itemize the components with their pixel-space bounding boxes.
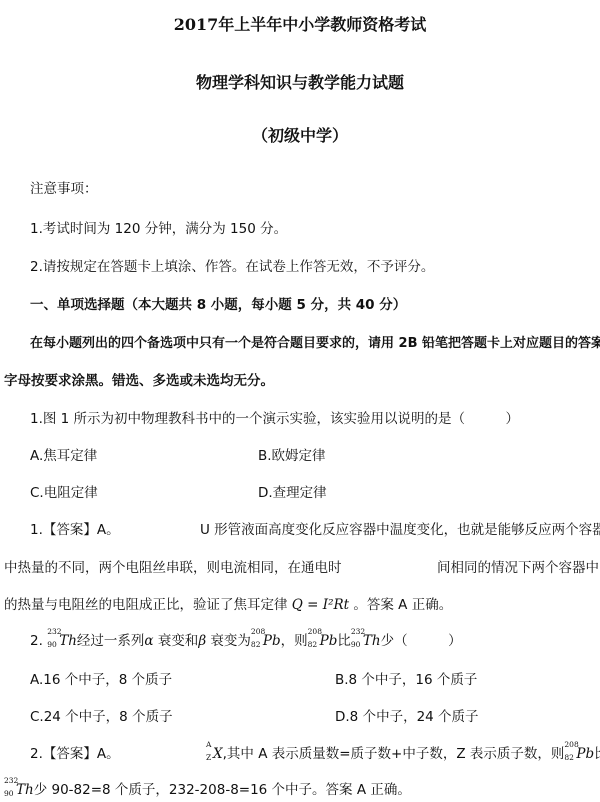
q1-stem: 1.图 1 所示为初中物理教科书中的一个演示实验，该实验用以说明的是（ ） [30, 410, 519, 428]
q2-option-d: D.8 个中子，24 个质子 [335, 708, 479, 726]
q2-number: 2. [30, 633, 43, 649]
q2-option-c: C.24 个中子，8 个质子 [30, 708, 173, 726]
nuclide-pb208: 20882Pb [564, 745, 594, 763]
q2-answer-line2: 23290Th少 90-82=8 个质子，232-208-8=16 个中子。答案… [4, 781, 411, 799]
exam-title: 2017年上半年中小学教师资格考试 [0, 16, 600, 34]
alpha-symbol: α [144, 633, 153, 649]
q1-answer-line3-text: 的热量与电阻丝的电阻成正比，验证了焦耳定律 [4, 597, 288, 613]
section-instruction-line1: 在每小题列出的四个备选项中只有一个是符合题目要求的，请用 2B 铅笔把答题卡上对… [30, 335, 600, 353]
nuclide-general-x: AZX [206, 745, 223, 763]
nuclide-pb208: 20882Pb [251, 632, 281, 650]
nuclide-pb208: 20882Pb [308, 632, 338, 650]
nuclide-th232: 23290Th [47, 632, 77, 650]
notice-item-1: 1.考试时间为 120 分钟，满分为 150 分。 [30, 220, 287, 238]
beta-symbol: β [198, 633, 206, 649]
q1-answer-line2-left: 中热量的不同，两个电阻丝串联，则电流相同，在通电时 [4, 559, 342, 577]
q2-stem: 2. 23290Th经过一系列α 衰变和β 衰变为20882Pb，则20882P… [30, 632, 462, 650]
exam-level: （初级中学） [0, 127, 600, 145]
nuclide-th232: 23290Th [4, 781, 34, 799]
q1-answer-line1: U 形管液面高度变化反应容器中温度变化，也就是能够反应两个容器 [200, 521, 600, 539]
q1-answer-line2-right: 间相同的情况下两个容器中 [437, 559, 599, 577]
q1-option-a: A.焦耳定律 [30, 447, 97, 465]
section-heading: 一、单项选择题（本大题共 8 小题，每小题 5 分，共 40 分） [30, 296, 406, 314]
q2-answer-line1: AZX,其中 A 表示质量数=质子数+中子数，Z 表示质子数，则20882Pb比 [206, 745, 600, 763]
q1-answer-line3-end: 。答案 A 正确。 [353, 597, 452, 613]
notice-item-2: 2.请按规定在答题卡上填涂、作答。在试卷上作答无效，不予评分。 [30, 258, 434, 276]
q2-option-b: B.8 个中子，16 个质子 [335, 671, 477, 689]
q1-option-b: B.欧姆定律 [258, 447, 326, 465]
q1-answer-label: 1.【答案】A。 [30, 521, 120, 539]
section-instruction-line2: 字母按要求涂黑。错选、多选或未选均无分。 [4, 372, 274, 390]
q2-answer-label: 2.【答案】A。 [30, 745, 120, 763]
q1-option-c: C.电阻定律 [30, 484, 98, 502]
nuclide-th232: 23290Th [351, 632, 381, 650]
q1-answer-line3: 的热量与电阻丝的电阻成正比，验证了焦耳定律 Q = I²Rt 。答案 A 正确。 [4, 596, 452, 614]
notice-heading: 注意事项： [30, 180, 98, 198]
q2-option-a: A.16 个中子，8 个质子 [30, 671, 172, 689]
exam-subtitle: 物理学科知识与教学能力试题 [0, 74, 600, 92]
q1-option-d: D.查理定律 [258, 484, 327, 502]
joule-formula: Q = I²Rt [292, 597, 349, 613]
